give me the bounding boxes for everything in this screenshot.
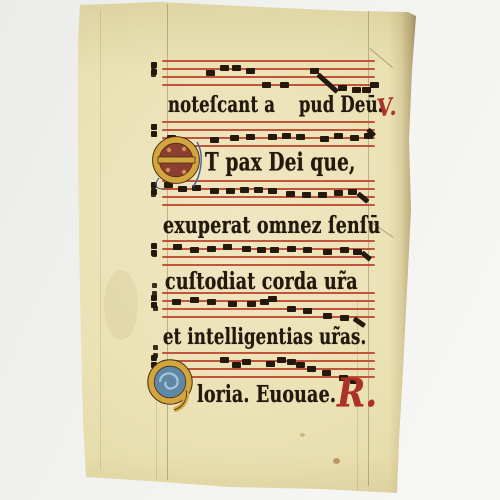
neume-square	[320, 136, 329, 142]
versicle-mark: V.	[376, 92, 398, 123]
staff-line	[162, 196, 375, 198]
neume-square	[307, 366, 316, 372]
chant-text-line-5: et intelligentias ur̃as.	[163, 324, 373, 344]
photo-of-manuscript-leaf: noteſcant a pud Deū.T pax Dei que,exuper…	[0, 0, 500, 500]
left-fold-crease	[100, 10, 101, 470]
neume-square	[287, 246, 296, 252]
neume-square	[206, 70, 215, 76]
neume-square	[228, 301, 237, 307]
parchment-stain	[300, 433, 305, 437]
margin-mark	[152, 252, 157, 257]
neume-square	[210, 137, 219, 143]
decorative-dot	[166, 168, 170, 172]
parchment-leaf: noteſcant a pud Deū.T pax Dei que,exuper…	[0, 0, 500, 500]
staff-1	[162, 60, 375, 94]
neume-square	[296, 134, 305, 140]
neume-square	[268, 296, 277, 302]
neume-square	[303, 308, 312, 314]
decorative-dot	[167, 148, 171, 152]
neume-square	[302, 192, 311, 198]
margin-mark	[152, 291, 157, 296]
neume-oblique-stroke	[360, 251, 372, 262]
margin-mark	[153, 306, 158, 311]
neume-square	[338, 85, 347, 91]
chant-text-line-6: loria. Euouae.	[197, 381, 340, 402]
neume-square	[323, 249, 332, 255]
neume-square	[340, 247, 349, 253]
neume-square	[268, 188, 277, 194]
margin-mark	[151, 72, 156, 77]
illuminated-initial-G	[146, 358, 196, 412]
staff-line	[162, 240, 375, 242]
neume-square	[242, 359, 251, 365]
bottom-edge-shading	[78, 455, 418, 500]
neume-square	[232, 65, 241, 71]
staff-line	[162, 308, 375, 310]
neume-square	[223, 244, 232, 250]
neume-square	[282, 133, 291, 139]
neume-square	[350, 135, 359, 141]
neume-square	[220, 357, 229, 363]
staff-line	[162, 129, 375, 131]
neume-square	[232, 362, 241, 368]
neume-square	[270, 247, 279, 253]
neume-square	[370, 82, 379, 88]
decorative-dot	[182, 147, 186, 151]
chant-text-line-4: cuſtodiat corda ur̃a	[165, 268, 364, 289]
staff-5	[162, 292, 375, 326]
chant-text: noteſcant a pud Deū.	[168, 92, 384, 118]
staff-line	[162, 264, 375, 266]
staff-line	[162, 352, 375, 354]
margin-mark	[152, 124, 157, 129]
neume-oblique-stroke	[356, 192, 369, 204]
neume-square	[340, 315, 349, 321]
margin-mark	[153, 345, 158, 350]
neume-square	[207, 299, 216, 305]
neume-square	[247, 301, 256, 307]
neume-square	[246, 134, 255, 140]
chant-text-line-2: T pax Dei que,	[205, 148, 360, 170]
neume-square	[287, 306, 296, 312]
staff-line	[162, 121, 375, 123]
neume-square	[262, 82, 271, 88]
neume-square	[277, 357, 286, 363]
chant-text: loria. Euouae.	[197, 381, 336, 409]
neume-square	[334, 133, 343, 139]
parchment-stain	[333, 458, 340, 464]
blue-penwork-flourish	[156, 178, 163, 189]
neume-square	[226, 188, 235, 194]
parchment-discoloration	[104, 270, 138, 340]
chant-text-line-3: exuperat omnez ſenſū	[163, 212, 387, 233]
neume-square	[190, 247, 199, 253]
neume-square	[172, 299, 181, 305]
neume-square	[230, 135, 239, 141]
neume-square	[210, 188, 219, 194]
staff-line	[162, 204, 375, 206]
chant-text-line-1: noteſcant a pud Deū.	[168, 92, 390, 112]
neume-square	[254, 187, 263, 193]
margin-mark	[152, 283, 157, 288]
neume-square	[268, 134, 277, 140]
neume-square	[296, 362, 305, 368]
neume-square	[303, 247, 312, 253]
response-mark: R.	[337, 371, 377, 417]
neume-square	[246, 68, 255, 74]
margin-mark	[151, 64, 156, 69]
neume-square	[334, 190, 343, 196]
chant-text: T pax Dei que,	[205, 148, 356, 177]
neume-square	[207, 246, 216, 252]
staff-line	[162, 76, 375, 78]
neume-square	[322, 370, 331, 376]
neume-square	[286, 191, 295, 197]
staff-line	[162, 68, 375, 70]
neume-square	[190, 297, 199, 303]
illuminated-initial-E	[151, 134, 203, 190]
margin-mark	[152, 244, 157, 249]
chant-text: et intelligentias ur̃as.	[163, 324, 366, 350]
neume-square	[287, 359, 296, 365]
neume-square	[348, 189, 357, 195]
neume-square	[173, 244, 182, 250]
neume-square	[242, 246, 251, 252]
right-deckled-edge	[388, 2, 418, 498]
chant-text: exuperat omnez ſenſū	[163, 212, 381, 240]
neume-square	[240, 187, 249, 193]
neume-square	[318, 192, 327, 198]
margin-mark	[151, 192, 156, 197]
neume-square	[220, 65, 229, 71]
neume-square	[323, 313, 332, 319]
neume-square	[280, 82, 289, 88]
chant-text: cuſtodiat corda ur̃a	[165, 268, 358, 296]
neume-square	[257, 247, 266, 253]
neume-square	[266, 361, 275, 367]
staff-line	[162, 256, 375, 258]
gold-crossbar	[158, 157, 195, 163]
staff-line	[162, 60, 375, 62]
